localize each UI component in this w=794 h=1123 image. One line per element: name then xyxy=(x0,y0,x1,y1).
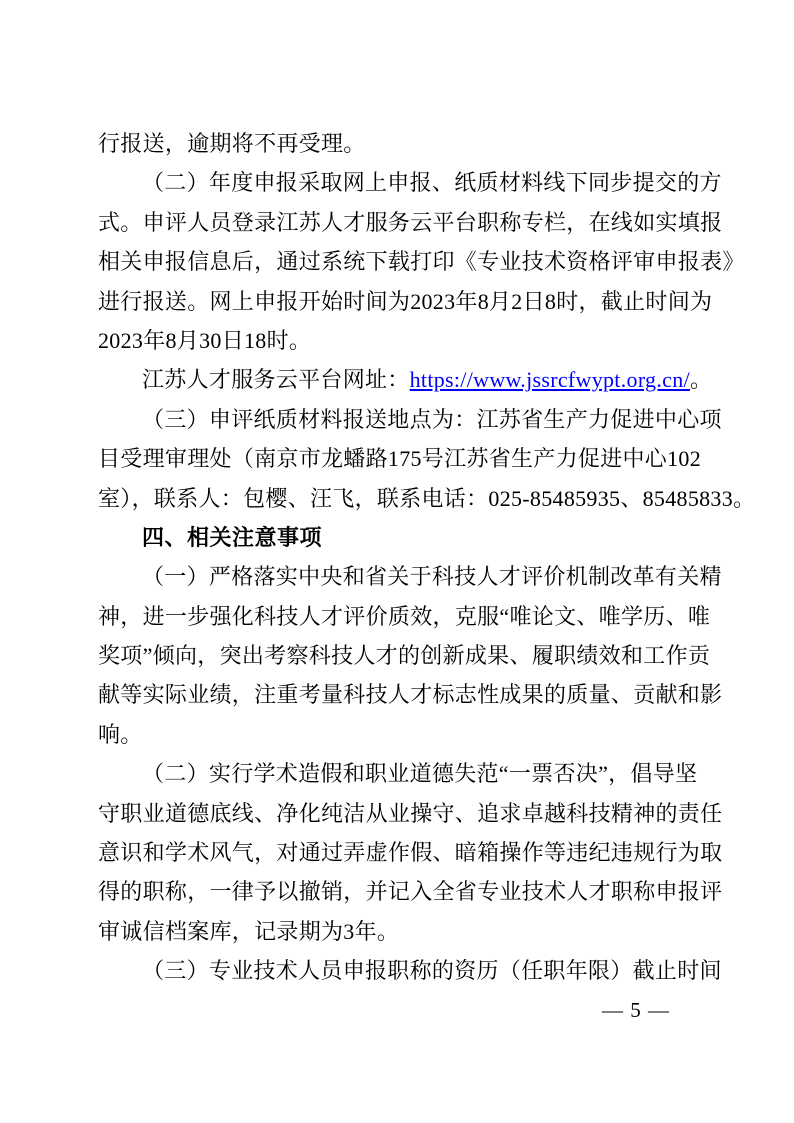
text-line: 式。申评人员登录江苏人才服务云平台职称专栏，在线如实填报 xyxy=(98,203,702,242)
text-line: 意识和学术风气，对通过弄虚作假、暗箱操作等违纪违规行为取 xyxy=(98,833,702,872)
platform-url-line: 江苏人才服务云平台网址：https://www.jssrcfwypt.org.c… xyxy=(98,360,702,399)
text-line: （三）申评纸质材料报送地点为：江苏省生产力促进中心项 xyxy=(98,400,702,439)
text-line: 行报送，逾期将不再受理。 xyxy=(98,124,702,163)
text-line: 守职业道德底线、净化纯洁从业操守、追求卓越科技精神的责任 xyxy=(98,794,702,833)
document-body: 行报送，逾期将不再受理。 （二）年度申报采取网上申报、纸质材料线下同步提交的方 … xyxy=(98,124,702,991)
page-number: — 5 — xyxy=(602,998,670,1022)
text-line: 室），联系人：包樱、汪飞，联系电话：025-85485935、85485833。 xyxy=(98,479,702,518)
text-line: 目受理审理处（南京市龙蟠路175号江苏省生产力促进中心102 xyxy=(98,439,702,478)
text-line: 2023年8月30日18时。 xyxy=(98,321,702,360)
section-heading: 四、相关注意事项 xyxy=(98,518,702,557)
text-line: （二）年度申报采取网上申报、纸质材料线下同步提交的方 xyxy=(98,163,702,202)
text-line: （二）实行学术造假和职业道德失范“一票否决”，倡导坚 xyxy=(98,754,702,793)
platform-url-label: 江苏人才服务云平台网址： xyxy=(142,367,410,392)
text-line: 相关申报信息后，通过系统下载打印《专业技术资格评审申报表》 xyxy=(98,242,702,281)
text-line: （一）严格落实中央和省关于科技人才评价机制改革有关精 xyxy=(98,557,702,596)
text-line: 审诚信档案库，记录期为3年。 xyxy=(98,912,702,951)
text-line: （三）专业技术人员申报职称的资历（任职年限）截止时间 xyxy=(98,951,702,990)
platform-url-link[interactable]: https://www.jssrcfwypt.org.cn/ xyxy=(410,367,690,392)
text-line: 进行报送。网上申报开始时间为2023年8月2日8时，截止时间为 xyxy=(98,282,702,321)
text-line: 神，进一步强化科技人才评价质效，克服“唯论文、唯学历、唯 xyxy=(98,597,702,636)
text-line: 得的职称，一律予以撤销，并记入全省专业技术人才职称申报评 xyxy=(98,872,702,911)
document-page: 行报送，逾期将不再受理。 （二）年度申报采取网上申报、纸质材料线下同步提交的方 … xyxy=(0,0,794,1123)
text-line: 奖项”倾向，突出考察科技人才的创新成果、履职绩效和工作贡 xyxy=(98,636,702,675)
text-line: 响。 xyxy=(98,715,702,754)
text-line: 献等实际业绩，注重考量科技人才标志性成果的质量、贡献和影 xyxy=(98,675,702,714)
platform-url-suffix: 。 xyxy=(690,367,712,392)
